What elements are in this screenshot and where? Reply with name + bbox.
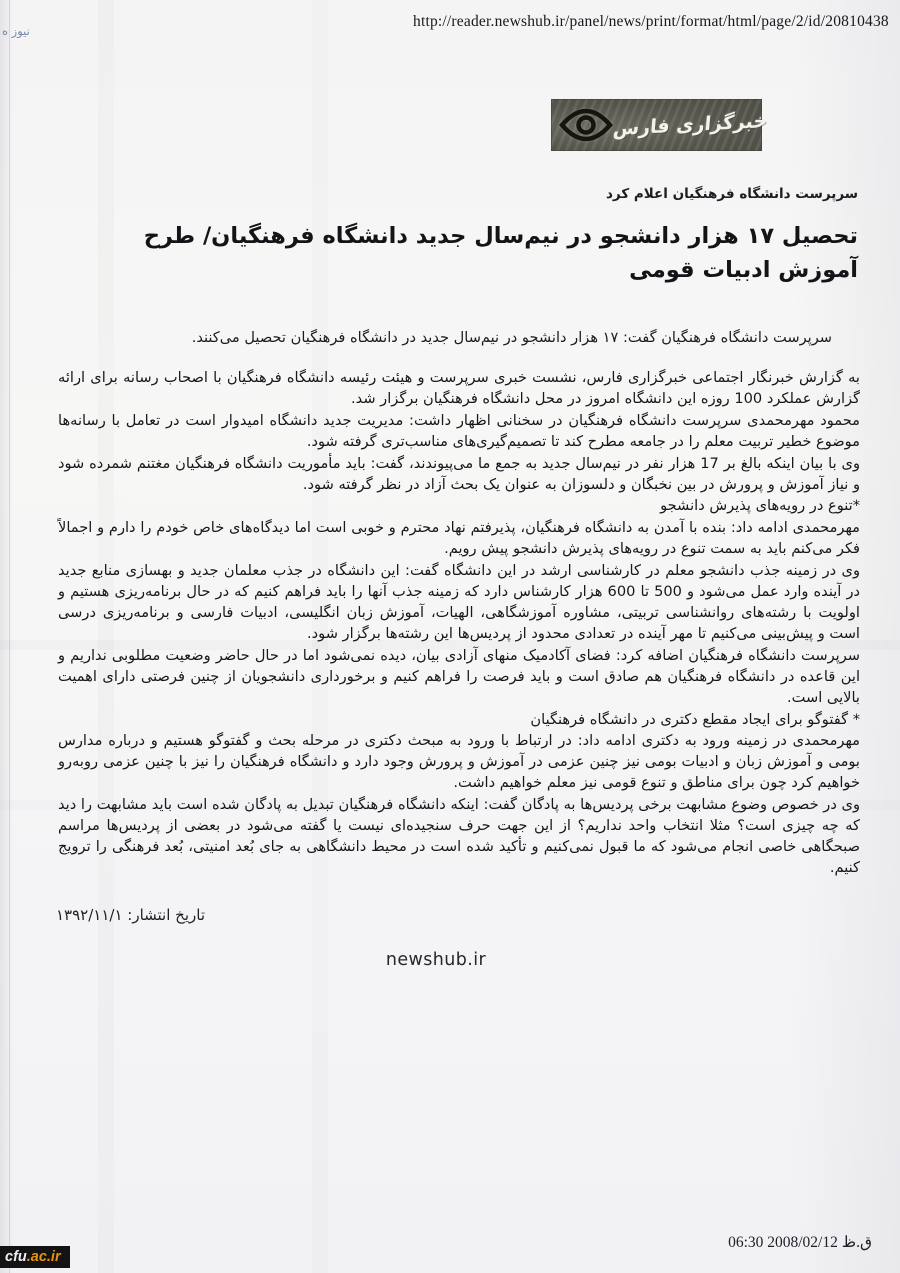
article-lead: سرپرست دانشگاه فرهنگیان گفت: ۱۷ هزار دان…: [64, 327, 858, 349]
article-subhead: *تنوع در رویه‌های پذیرش دانشجو: [58, 496, 860, 517]
print-url-header: http://reader.newshub.ir/panel/news/prin…: [413, 13, 889, 31]
fars-news-logo: خبرگزاری فارس: [551, 99, 762, 151]
print-timestamp: ق.ظ 2008/02/12 06:30: [728, 1233, 872, 1252]
article-title: تحصیل ۱۷ هزار دانشجو در نیم‌سال جدید دان…: [64, 219, 858, 287]
cfu-watermark-badge: cfu.ac.ir: [0, 1246, 70, 1268]
site-name: newshub.ir: [0, 950, 872, 970]
scanned-print-page: http://reader.newshub.ir/panel/news/prin…: [0, 0, 900, 1273]
agency-name-calligraphy: خبرگزاری فارس: [612, 110, 768, 140]
article-paragraph: محمود مهرمحمدی سرپرست دانشگاه فرهنگیان د…: [58, 411, 860, 453]
article-paragraph: به گزارش خبرنگار اجتماعی خبرگزاری فارس، …: [58, 368, 860, 410]
badge-prefix: cfu: [5, 1249, 27, 1265]
meridiem-label: ق.ظ: [842, 1234, 872, 1251]
publish-date: تاریخ انتشار: ۱۳۹۲/۱۱/۱: [56, 906, 205, 924]
badge-suffix: .ac.ir: [27, 1249, 61, 1265]
article-paragraph: سرپرست دانشگاه فرهنگیان اضافه کرد: فضای …: [58, 646, 860, 709]
article-paragraph: مهرمحمدی ادامه داد: بنده با آمدن به دانش…: [58, 518, 860, 560]
article-body: به گزارش خبرنگار اجتماعی خبرگزاری فارس، …: [58, 368, 860, 880]
article-paragraph: وی در زمینه جذب دانشجو معلم در کارشناسی …: [58, 561, 860, 645]
article-paragraph: وی با بیان اینکه بالغ بر 17 هزار نفر در …: [58, 454, 860, 496]
corner-note: نیوز ه: [2, 24, 30, 38]
article-paragraph: مهرمحمدی در زمینه ورود به دکتری ادامه دا…: [58, 731, 860, 794]
article-kicker: سرپرست دانشگاه فرهنگیان اعلام کرد: [606, 186, 858, 202]
article-paragraph: وی در خصوص وضوع مشابهت برخی پردیس‌ها به …: [58, 795, 860, 879]
timestamp-value: 2008/02/12 06:30: [728, 1234, 838, 1251]
eye-icon: [559, 107, 613, 143]
article-subhead: * گفتوگو برای ایجاد مقطع دکتری در دانشگا…: [58, 710, 860, 731]
scan-edge-line: [9, 0, 10, 1273]
